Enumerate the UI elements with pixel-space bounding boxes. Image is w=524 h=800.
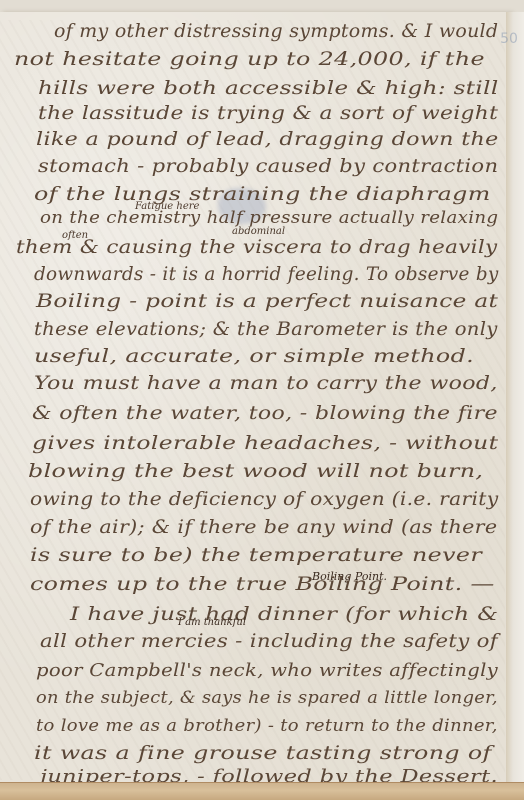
text-line: stomach - probably caused by contraction [38, 155, 498, 177]
text-line: all other mercies - including the safety… [40, 630, 498, 652]
text-line: to love me as a brother) - to return to … [36, 716, 498, 736]
text-line: comes up to the true Boiling Point. — [30, 573, 495, 595]
text-line: gives intolerable headaches, - without [32, 432, 498, 454]
page-bottom-edge [0, 782, 524, 800]
page-edge [506, 12, 524, 800]
text-line: of the lungs straining the diaphragm [34, 183, 491, 205]
text-line: of the air); & if there be any wind (as … [30, 516, 497, 538]
text-line: on the chemistry half pressure actually … [40, 208, 498, 228]
text-line: hills were both accessible & high: still [38, 77, 499, 99]
text-line: blowing the best wood will not burn, [28, 460, 483, 482]
text-line: I have just had dinner (for which & [70, 603, 498, 625]
text-line: on the subject, & says he is spared a li… [36, 688, 498, 708]
text-line: useful, accurate, or simple method. [34, 345, 474, 367]
text-line: not hesitate going up to 24,000, if the [14, 48, 485, 70]
text-line: owing to the deficiency of oxygen (i.e. … [30, 488, 498, 510]
text-line: like a pound of lead, dragging down the [36, 128, 499, 150]
text-line: Boiling - point is a perfect nuisance at [36, 290, 498, 312]
text-line: of my other distressing symptoms. & I wo… [54, 20, 498, 42]
insertion-text: I am thankful [178, 617, 246, 628]
text-line: is sure to be) the temperature never [30, 544, 482, 566]
text-line: the lassitude is trying & a sort of weig… [38, 102, 498, 124]
manuscript-scan: 50 of my other distressing symptoms. & I… [0, 0, 524, 800]
margin-stamp: 50 [500, 28, 518, 74]
text-line: & often the water, too, - blowing the fi… [32, 402, 498, 424]
text-line: downwards - it is a horrid feeling. To o… [34, 263, 499, 285]
text-line: them & causing the viscera to drag heavi… [16, 236, 497, 258]
text-line: You must have a man to carry the wood, [34, 372, 498, 394]
text-line: these elevations; & the Barometer is the… [34, 318, 498, 340]
text-line: poor Campbell's neck, who writes affecti… [36, 660, 498, 681]
text-line: it was a fine grouse tasting strong of [34, 742, 492, 764]
